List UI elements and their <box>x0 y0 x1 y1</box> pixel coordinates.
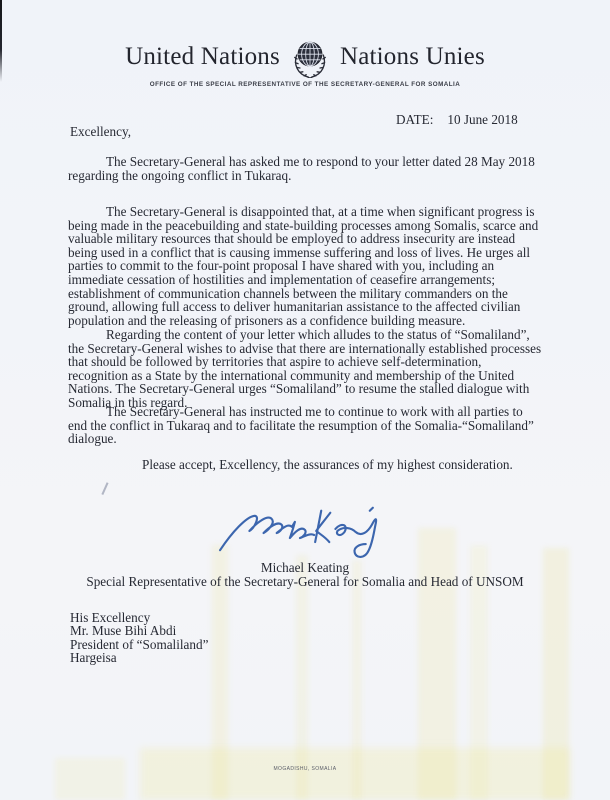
closing-line: Please accept, Excellency, the assurance… <box>142 457 513 473</box>
date-label: DATE: <box>396 112 433 127</box>
salutation: Excellency, <box>70 124 131 140</box>
scan-streak <box>296 555 308 800</box>
signature-image <box>216 503 388 565</box>
scanned-letter-page: United Nations Nations Unies OFFICE OF T… <box>0 0 610 800</box>
recipient-line: Mr. Muse Bihi Abdi <box>70 624 208 637</box>
letterhead-english: United Nations <box>125 43 280 71</box>
body-paragraph: The Secretary-General is disappointed th… <box>68 205 544 327</box>
recipient-line: President of “Somaliland” <box>70 638 208 651</box>
scan-streak <box>140 748 570 800</box>
footer-stamp: MOGADISHU, SOMALIA <box>0 766 610 772</box>
body-paragraph: The Secretary-General has instructed me … <box>68 405 544 446</box>
scan-streak <box>352 560 362 800</box>
recipient-line: Hargeisa <box>70 651 208 664</box>
scan-streak <box>55 758 125 800</box>
date-value: 10 June 2018 <box>447 112 517 127</box>
office-line: OFFICE OF THE SPECIAL REPRESENTATIVE OF … <box>0 81 610 88</box>
un-emblem-icon <box>289 36 331 78</box>
recipient-block: His Excellency Mr. Muse Bihi Abdi Presid… <box>70 611 208 665</box>
letterhead-french: Nations Unies <box>340 43 485 71</box>
date-line: DATE:10 June 2018 <box>396 112 518 128</box>
signatory-title: Special Representative of the Secretary-… <box>0 574 610 590</box>
body-paragraph: The Secretary-General has asked me to re… <box>68 155 544 182</box>
recipient-line: His Excellency <box>70 611 208 624</box>
body-paragraph: Regarding the content of your letter whi… <box>68 328 544 410</box>
letterhead: United Nations Nations Unies <box>0 36 610 78</box>
pencil-mark <box>101 482 108 494</box>
